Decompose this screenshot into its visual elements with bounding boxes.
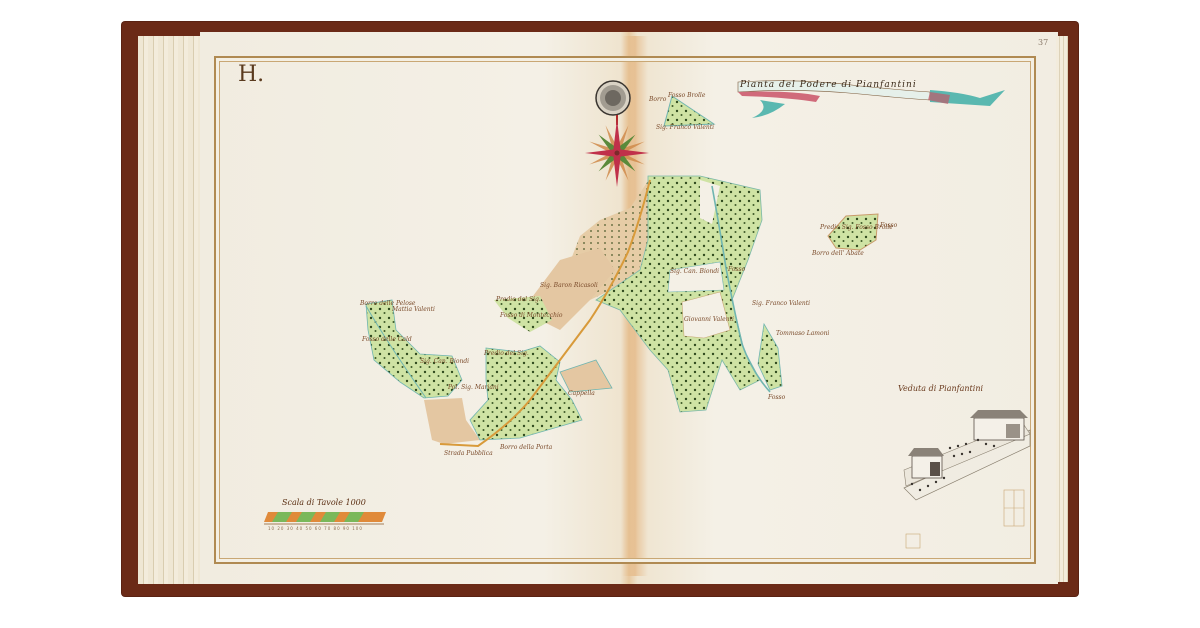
map-label-pol-sig-mariani: Pol. Sig. Mariani [448, 384, 499, 391]
map-label-sig-can-biondi-left: Sig. Can. Biondi [420, 358, 469, 365]
map-label-sig-franco-valenti-top: Sig. Franco Valenti [656, 124, 714, 131]
map-label-sig-franco-valenti-mid: Sig. Franco Valenti [752, 300, 810, 307]
map-label-fosso-caldino: Fosso [880, 222, 897, 229]
compass-rose-icon [585, 119, 649, 187]
map-label-borro-top: Borro [649, 96, 666, 103]
map-label-borro-della-porta: Borro della Porta [500, 444, 552, 451]
map-label-tommaso-lamoni: Tommaso Lamoni [776, 330, 829, 337]
map-label-fosso-right: Fosso [728, 266, 745, 273]
map-label-predio-del-sig-2: Predio del Sig. [484, 350, 529, 357]
view-title: Veduta di Pianfantini [898, 384, 983, 393]
map-label-fosso-dalla-rovella: Fosso Brolle [668, 92, 705, 99]
seal-icon [596, 81, 630, 125]
map-label-borro-island: Borro dell' Abate [812, 250, 864, 257]
map-label-predio-del-sig: Predio del Sig. [496, 296, 541, 303]
map-label-sig-baron-ricasoli: Sig. Baron Ricasoli [540, 282, 598, 289]
parcel-island [828, 214, 878, 250]
forest-center-left [470, 346, 582, 440]
hillside-view-drawing [904, 410, 1030, 548]
field-tan-right [560, 360, 612, 392]
parcel-top-triangle [664, 96, 714, 126]
forest-main-right [596, 176, 762, 412]
scale-ticks: 10 20 30 40 50 60 70 80 90 100 [268, 526, 363, 531]
map-label-fosso-delle-cald: Fosso delle Cald [362, 336, 412, 343]
map-label-strada-pubblica: Strada Pubblica [444, 450, 493, 457]
map-label-sig-can-biondi: Sig. Can. Biondi [670, 268, 719, 275]
estate-map [0, 0, 1200, 628]
map-label-giovanni-valenti: Giovanni Valenti [684, 316, 734, 323]
scale-bar [264, 512, 386, 524]
map-label-cappella: Cappella [568, 390, 595, 397]
map-title: Pianta del Podere di Pianfantini [740, 80, 917, 90]
map-label-mattia-valenti: Mattia Valenti [392, 306, 435, 313]
map-label-fosso-di-montecchio: Fosso di Montecchio [500, 312, 563, 319]
scale-title: Scala di Tavole 1000 [282, 498, 366, 507]
map-label-fosso-bottom: Fosso [768, 394, 785, 401]
